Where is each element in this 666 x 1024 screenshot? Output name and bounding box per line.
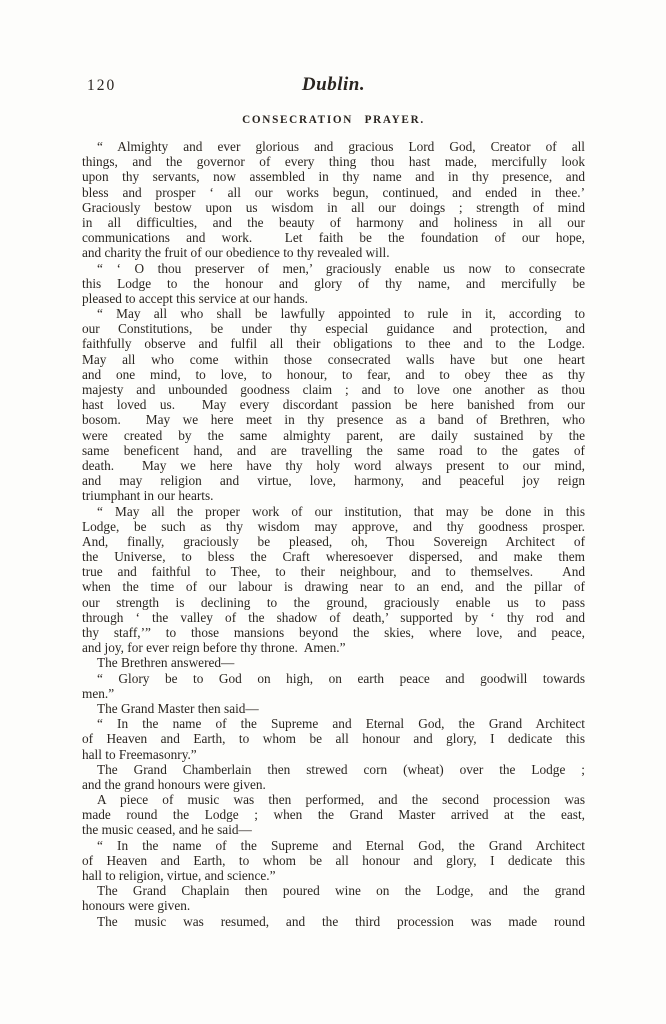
paragraph: “ May all the proper work of our institu…	[82, 504, 585, 656]
text-line: our strength is declining to the ground,…	[82, 595, 585, 610]
text-line: The Grand Master then said—	[82, 701, 585, 716]
text-line: “ ‘ O thou preserver of men,’ graciously…	[82, 261, 585, 276]
page-header: 120 Dublin.	[82, 74, 585, 98]
text-line: “ Glory be to God on high, on earth peac…	[82, 671, 585, 686]
paragraph: The Grand Chaplain then poured wine on t…	[82, 883, 585, 913]
paragraph: The Grand Chamberlain then strewed corn …	[82, 762, 585, 792]
paragraph: “ ‘ O thou preserver of men,’ graciously…	[82, 261, 585, 307]
text-line: same beneficent hand, and are travelling…	[82, 443, 585, 458]
text-line: “ Almighty and ever glorious and graciou…	[82, 139, 585, 154]
text-line: “ In the name of the Supreme and Eternal…	[82, 838, 585, 853]
running-title: Dublin.	[82, 74, 585, 96]
text-line: Lodge, be such as thy wisdom may approve…	[82, 519, 585, 534]
text-line: “ May all who shall be lawfully appointe…	[82, 306, 585, 321]
paragraph: “ Almighty and ever glorious and graciou…	[82, 139, 585, 261]
text-line: when the time of our labour is drawing n…	[82, 579, 585, 594]
text-block: “ Almighty and ever glorious and graciou…	[82, 139, 585, 929]
text-line: and may religion and virtue, love, harmo…	[82, 473, 585, 488]
text-line: upon thy servants, now assembled in thy …	[82, 169, 585, 184]
text-line: Graciously bestow upon us wisdom in all …	[82, 200, 585, 215]
text-line: The Grand Chamberlain then strewed corn …	[82, 762, 585, 777]
text-line: the music ceased, and he said—	[82, 822, 585, 837]
page-number: 120	[87, 77, 116, 95]
text-line: hast loved us. May every discordant pass…	[82, 397, 585, 412]
text-line: “ In the name of the Supreme and Eternal…	[82, 716, 585, 731]
text-line: thy staff,’” to those mansions beyond th…	[82, 625, 585, 640]
text-line: bosom. May we here meet in thy presence …	[82, 412, 585, 427]
paragraph: A piece of music was then performed, and…	[82, 792, 585, 838]
text-line: and the grand honours were given.	[82, 777, 585, 792]
text-line: true and faithful to Thee, to their neig…	[82, 564, 585, 579]
text-line: bless and prosper ‘ all our works begun,…	[82, 185, 585, 200]
book-page: 120 Dublin. CONSECRATION PRAYER. “ Almig…	[0, 0, 666, 1024]
text-line: of Heaven and Earth, to whom be all hono…	[82, 853, 585, 868]
text-line: The Grand Chaplain then poured wine on t…	[82, 883, 585, 898]
text-line: The Brethren answered—	[82, 655, 585, 670]
text-line: of Heaven and Earth, to whom be all hono…	[82, 731, 585, 746]
text-line: things, and the governor of every thing …	[82, 154, 585, 169]
text-line: faithfully observe and fulfil all their …	[82, 336, 585, 351]
text-line: A piece of music was then performed, and…	[82, 792, 585, 807]
text-line: death. May we here have thy holy word al…	[82, 458, 585, 473]
text-line: the Universe, to bless the Craft whereso…	[82, 549, 585, 564]
paragraph: “ Glory be to God on high, on earth peac…	[82, 671, 585, 701]
text-line: pleased to accept this service at our ha…	[82, 291, 585, 306]
text-line: hall to religion, virtue, and science.”	[82, 868, 585, 883]
text-line: May all who come within those consecrate…	[82, 352, 585, 367]
text-line: and joy, for ever reign before thy thron…	[82, 640, 585, 655]
text-line: made round the Lodge ; when the Grand Ma…	[82, 807, 585, 822]
text-line: triumphant in our hearts.	[82, 488, 585, 503]
text-line: this Lodge to the honour and glory of th…	[82, 276, 585, 291]
text-line: majesty and unbounded goodness claim ; a…	[82, 382, 585, 397]
text-line: men.”	[82, 686, 585, 701]
text-line: were created by the same almighty parent…	[82, 428, 585, 443]
text-line: hall to Freemasonry.”	[82, 747, 585, 762]
section-heading: CONSECRATION PRAYER.	[82, 114, 585, 126]
text-line: through ‘ the valley of the shadow of de…	[82, 610, 585, 625]
paragraph: The music was resumed, and the third pro…	[82, 914, 585, 929]
text-line: in all difficulties, and the beauty of h…	[82, 215, 585, 230]
text-line: our Constitutions, be under thy especial…	[82, 321, 585, 336]
text-line: honours were given.	[82, 898, 585, 913]
paragraph: The Brethren answered—	[82, 655, 585, 670]
text-line: The music was resumed, and the third pro…	[82, 914, 585, 929]
paragraph: “ In the name of the Supreme and Eternal…	[82, 716, 585, 762]
paragraph: The Grand Master then said—	[82, 701, 585, 716]
text-line: and one mind, to love, to honour, to fea…	[82, 367, 585, 382]
paragraph: “ In the name of the Supreme and Eternal…	[82, 838, 585, 884]
text-line: and charity the fruit of our obedience t…	[82, 245, 585, 260]
paragraph: “ May all who shall be lawfully appointe…	[82, 306, 585, 503]
text-line: communications and work. Let faith be th…	[82, 230, 585, 245]
text-line: And, finally, graciously be pleased, oh,…	[82, 534, 585, 549]
text-line: “ May all the proper work of our institu…	[82, 504, 585, 519]
